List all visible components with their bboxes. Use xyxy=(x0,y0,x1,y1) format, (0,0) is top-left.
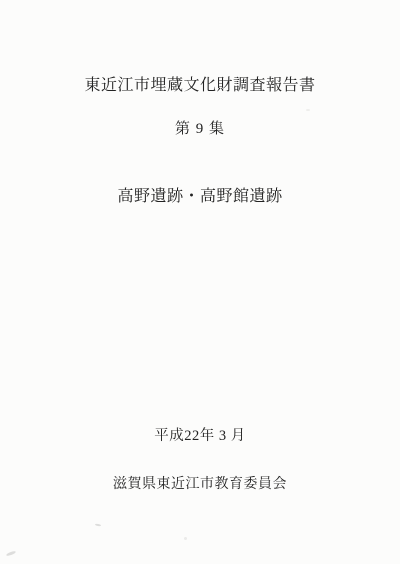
volume-number: 第 9 集 xyxy=(0,122,400,137)
report-cover-page: 東近江市埋蔵文化財調査報告書 第 9 集 高野遺跡・高野館遺跡 平成22年 3 … xyxy=(0,0,400,564)
scan-speck xyxy=(306,109,310,111)
scan-speck xyxy=(6,550,16,556)
scan-speck xyxy=(95,523,101,526)
publisher-name: 滋賀県東近江市教育委員会 xyxy=(0,478,400,492)
publication-date: 平成22年 3 月 xyxy=(0,429,400,444)
main-title: 高野遺跡・高野館遺跡 xyxy=(0,189,400,205)
series-title: 東近江市埋蔵文化財調査報告書 xyxy=(0,78,400,94)
scan-speck xyxy=(184,537,187,540)
